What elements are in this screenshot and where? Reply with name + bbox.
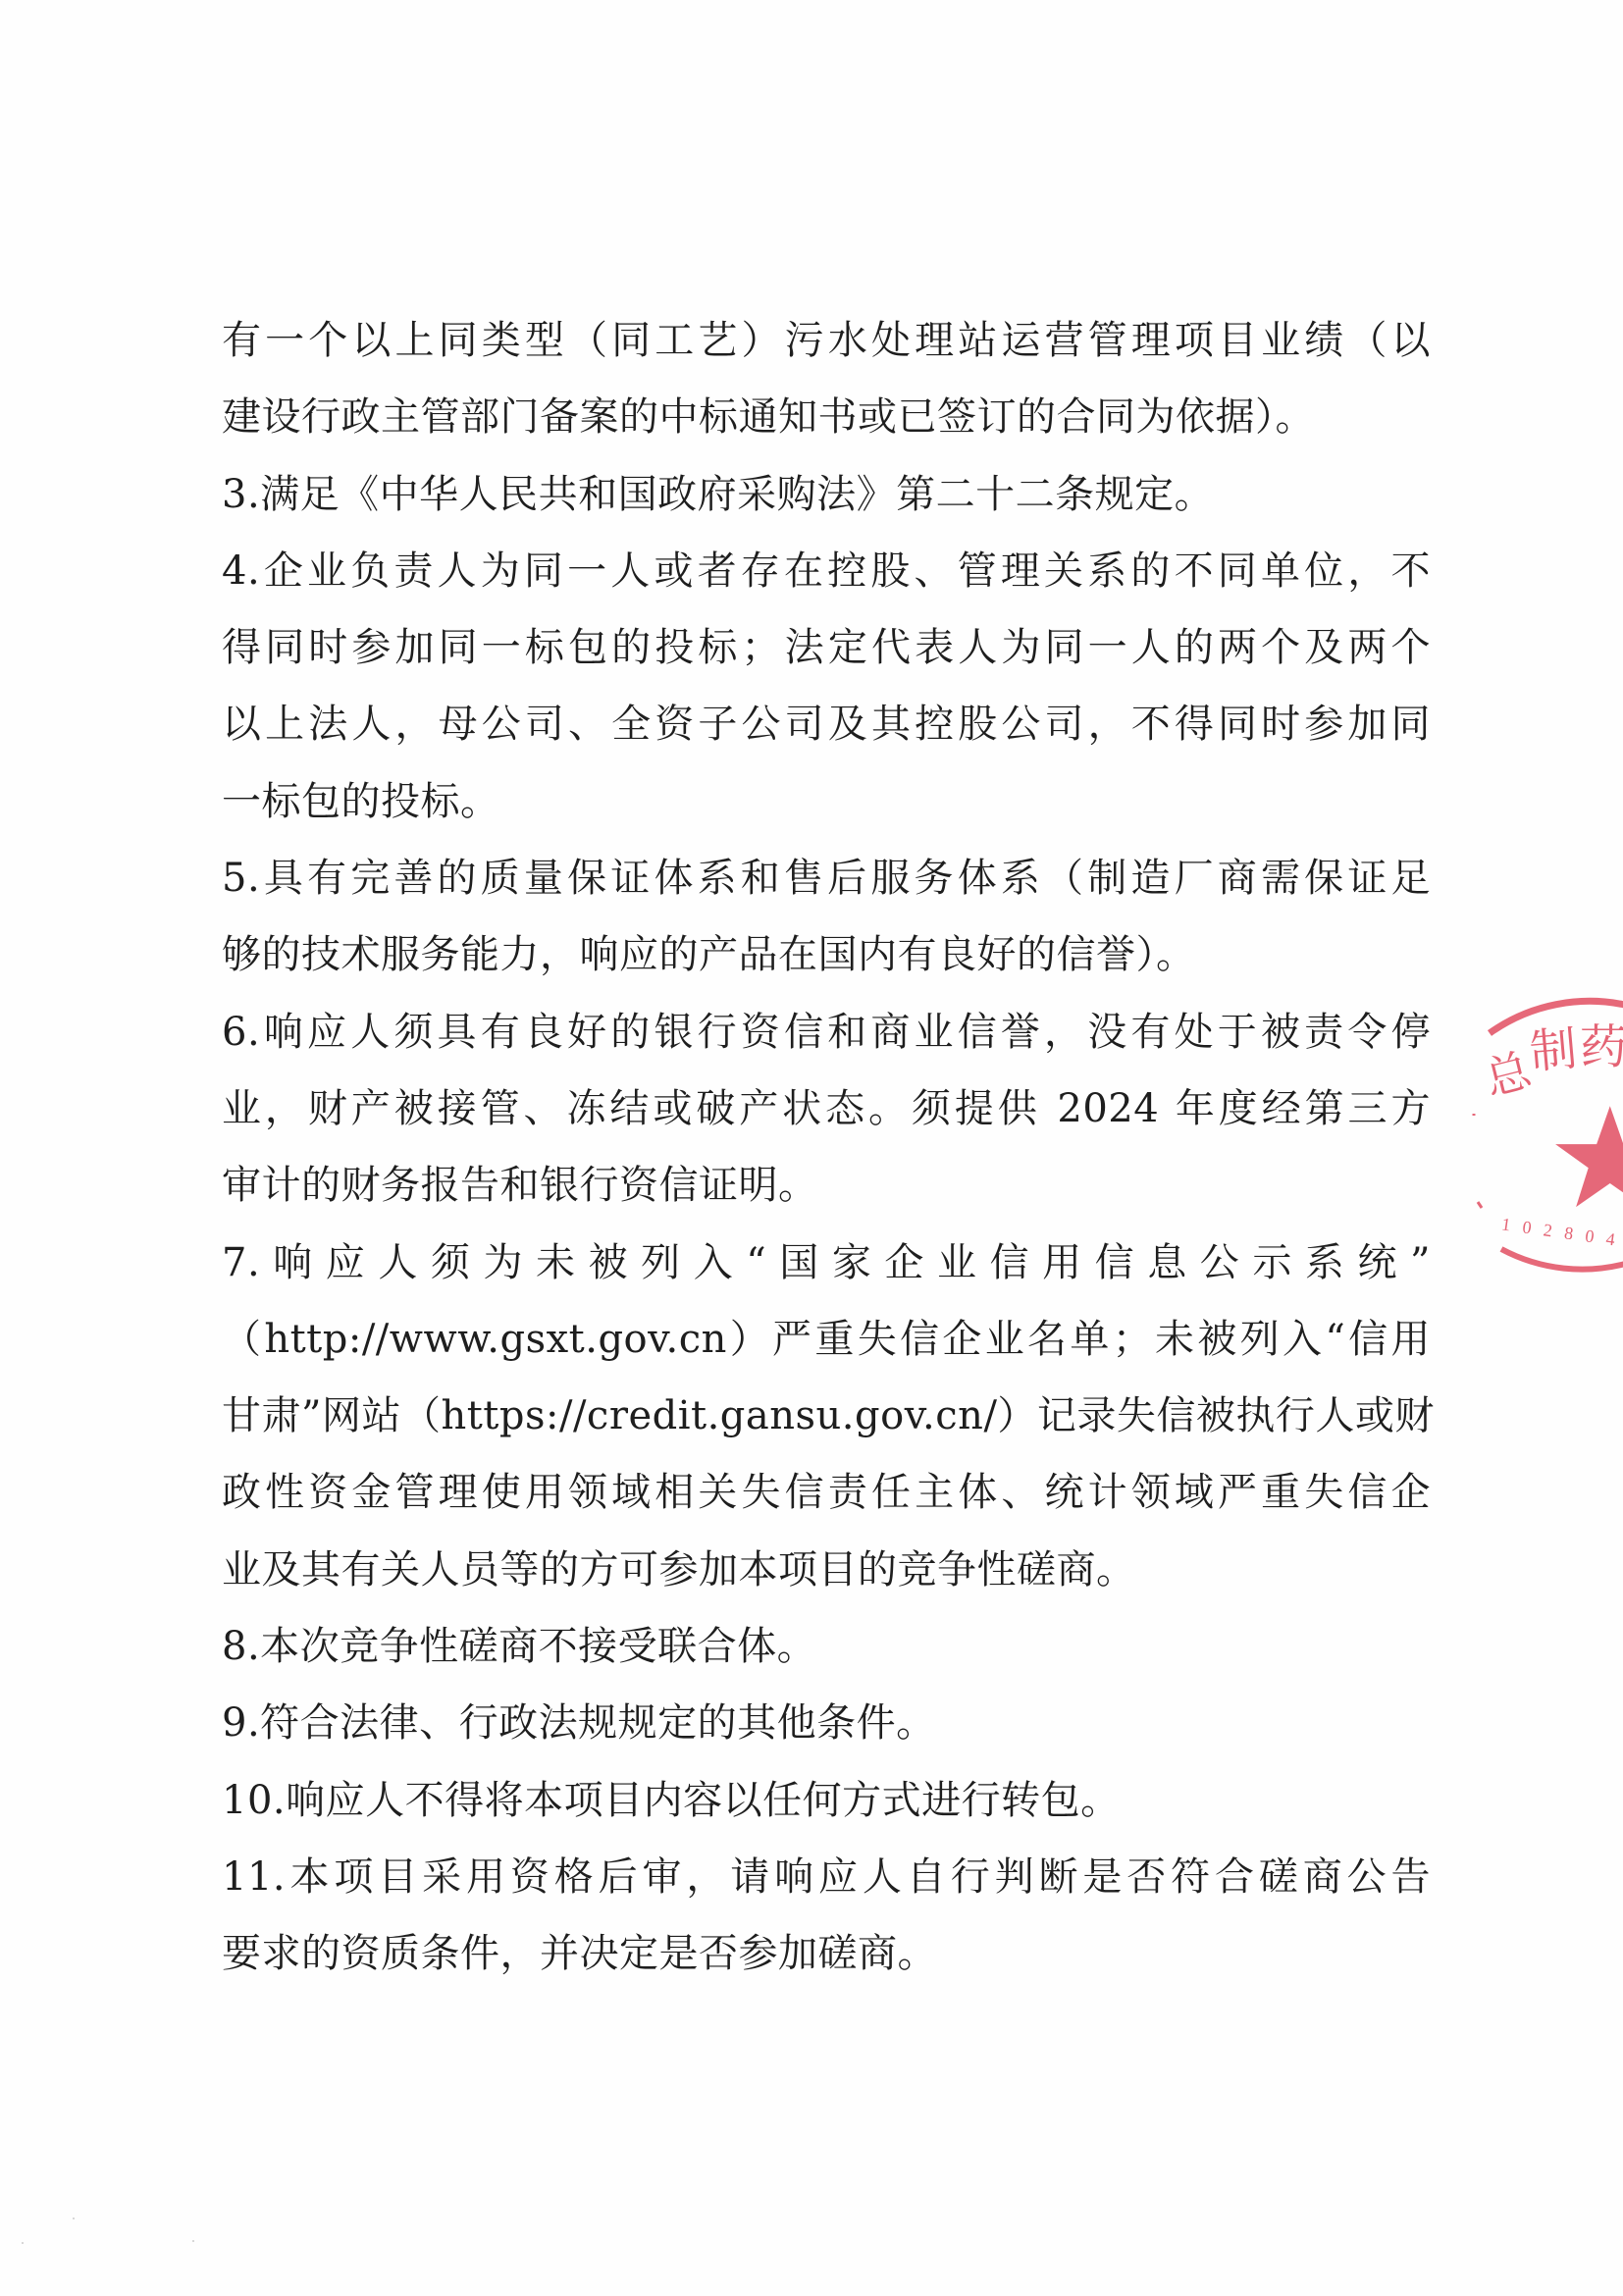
text-line: 10.响应人不得将本项目内容以任何方式进行转包。 [222, 1762, 1431, 1839]
text-line: 甘肃”网站（https://credit.gansu.gov.cn/）记录失信被… [222, 1378, 1431, 1454]
seal-char: 总 [1480, 1045, 1537, 1105]
text-line: 一标包的投标。 [222, 763, 1431, 840]
scan-artifact [73, 2218, 75, 2219]
text-line: 8.本次竞争性磋商不接受联合体。 [222, 1608, 1431, 1685]
document-page: 有一个以上同类型（同工艺）污水处理站运营管理项目业绩（以 建设行政主管部门备案的… [0, 0, 1623, 2296]
text-line: 以上法人，母公司、全资子公司及其控股公司，不得同时参加同 [222, 686, 1431, 762]
text-line: 有一个以上同类型（同工艺）污水处理站运营管理项目业绩（以 [222, 302, 1431, 379]
text-line: 建设行政主管部门备案的中标通知书或已签订的合同为依据）。 [222, 379, 1431, 455]
seal-code: 1 0 2 8 0 4 9 9 [1500, 1214, 1623, 1256]
text-line: 要求的资质条件，并决定是否参加磋商。 [222, 1915, 1431, 1992]
text-line: 11.本项目采用资格后审，请响应人自行判断是否符合磋商公告 [222, 1839, 1431, 1915]
text-line: 业及其有关人员等的方可参加本项目的竞争性磋商。 [222, 1532, 1431, 1608]
text-line: 业，财产被接管、冻结或破产状态。须提供 2024 年度经第三方 [222, 1070, 1431, 1147]
text-line: 5.具有完善的质量保证体系和售后服务体系（制造厂商需保证足 [222, 840, 1431, 916]
text-line: 9.符合法律、行政法规规定的其他条件。 [222, 1685, 1431, 1761]
text-line: 审计的财务报告和银行资信证明。 [222, 1147, 1431, 1224]
text-line: 政性资金管理使用领域相关失信责任主体、统计领域严重失信企 [222, 1454, 1431, 1531]
seal-char: 制 [1528, 1023, 1579, 1079]
text-line: 得同时参加同一标包的投标；法定代表人为同一人的两个及两个 [222, 609, 1431, 686]
text-line: 4.企业负责人为同一人或者存在控股、管理关系的不同单位，不 [222, 533, 1431, 609]
text-line: （http://www.gsxt.gov.cn）严重失信企业名单；未被列入“信用 [222, 1301, 1431, 1378]
scan-artifact [192, 2240, 194, 2242]
text-line: 够的技术服务能力，响应的产品在国内有良好的信誉）。 [222, 916, 1431, 993]
document-body: 有一个以上同类型（同工艺）污水处理站运营管理项目业绩（以 建设行政主管部门备案的… [222, 302, 1431, 1993]
text-line: 7.响应人须为未被列入“国家企业信用信息公示系统” [222, 1225, 1431, 1301]
company-seal-stamp: 总 制 药 1 0 2 8 0 4 9 9 [1462, 966, 1623, 1280]
seal-char: 药 [1580, 1021, 1623, 1073]
text-line: 6.响应人须具有良好的银行资信和商业信誉，没有处于被责令停 [222, 994, 1431, 1070]
seal-icon: 总 制 药 1 0 2 8 0 4 9 9 [1462, 966, 1623, 1280]
text-line: 3.满足《中华人民共和国政府采购法》第二十二条规定。 [222, 456, 1431, 533]
scan-artifact [22, 2242, 24, 2244]
